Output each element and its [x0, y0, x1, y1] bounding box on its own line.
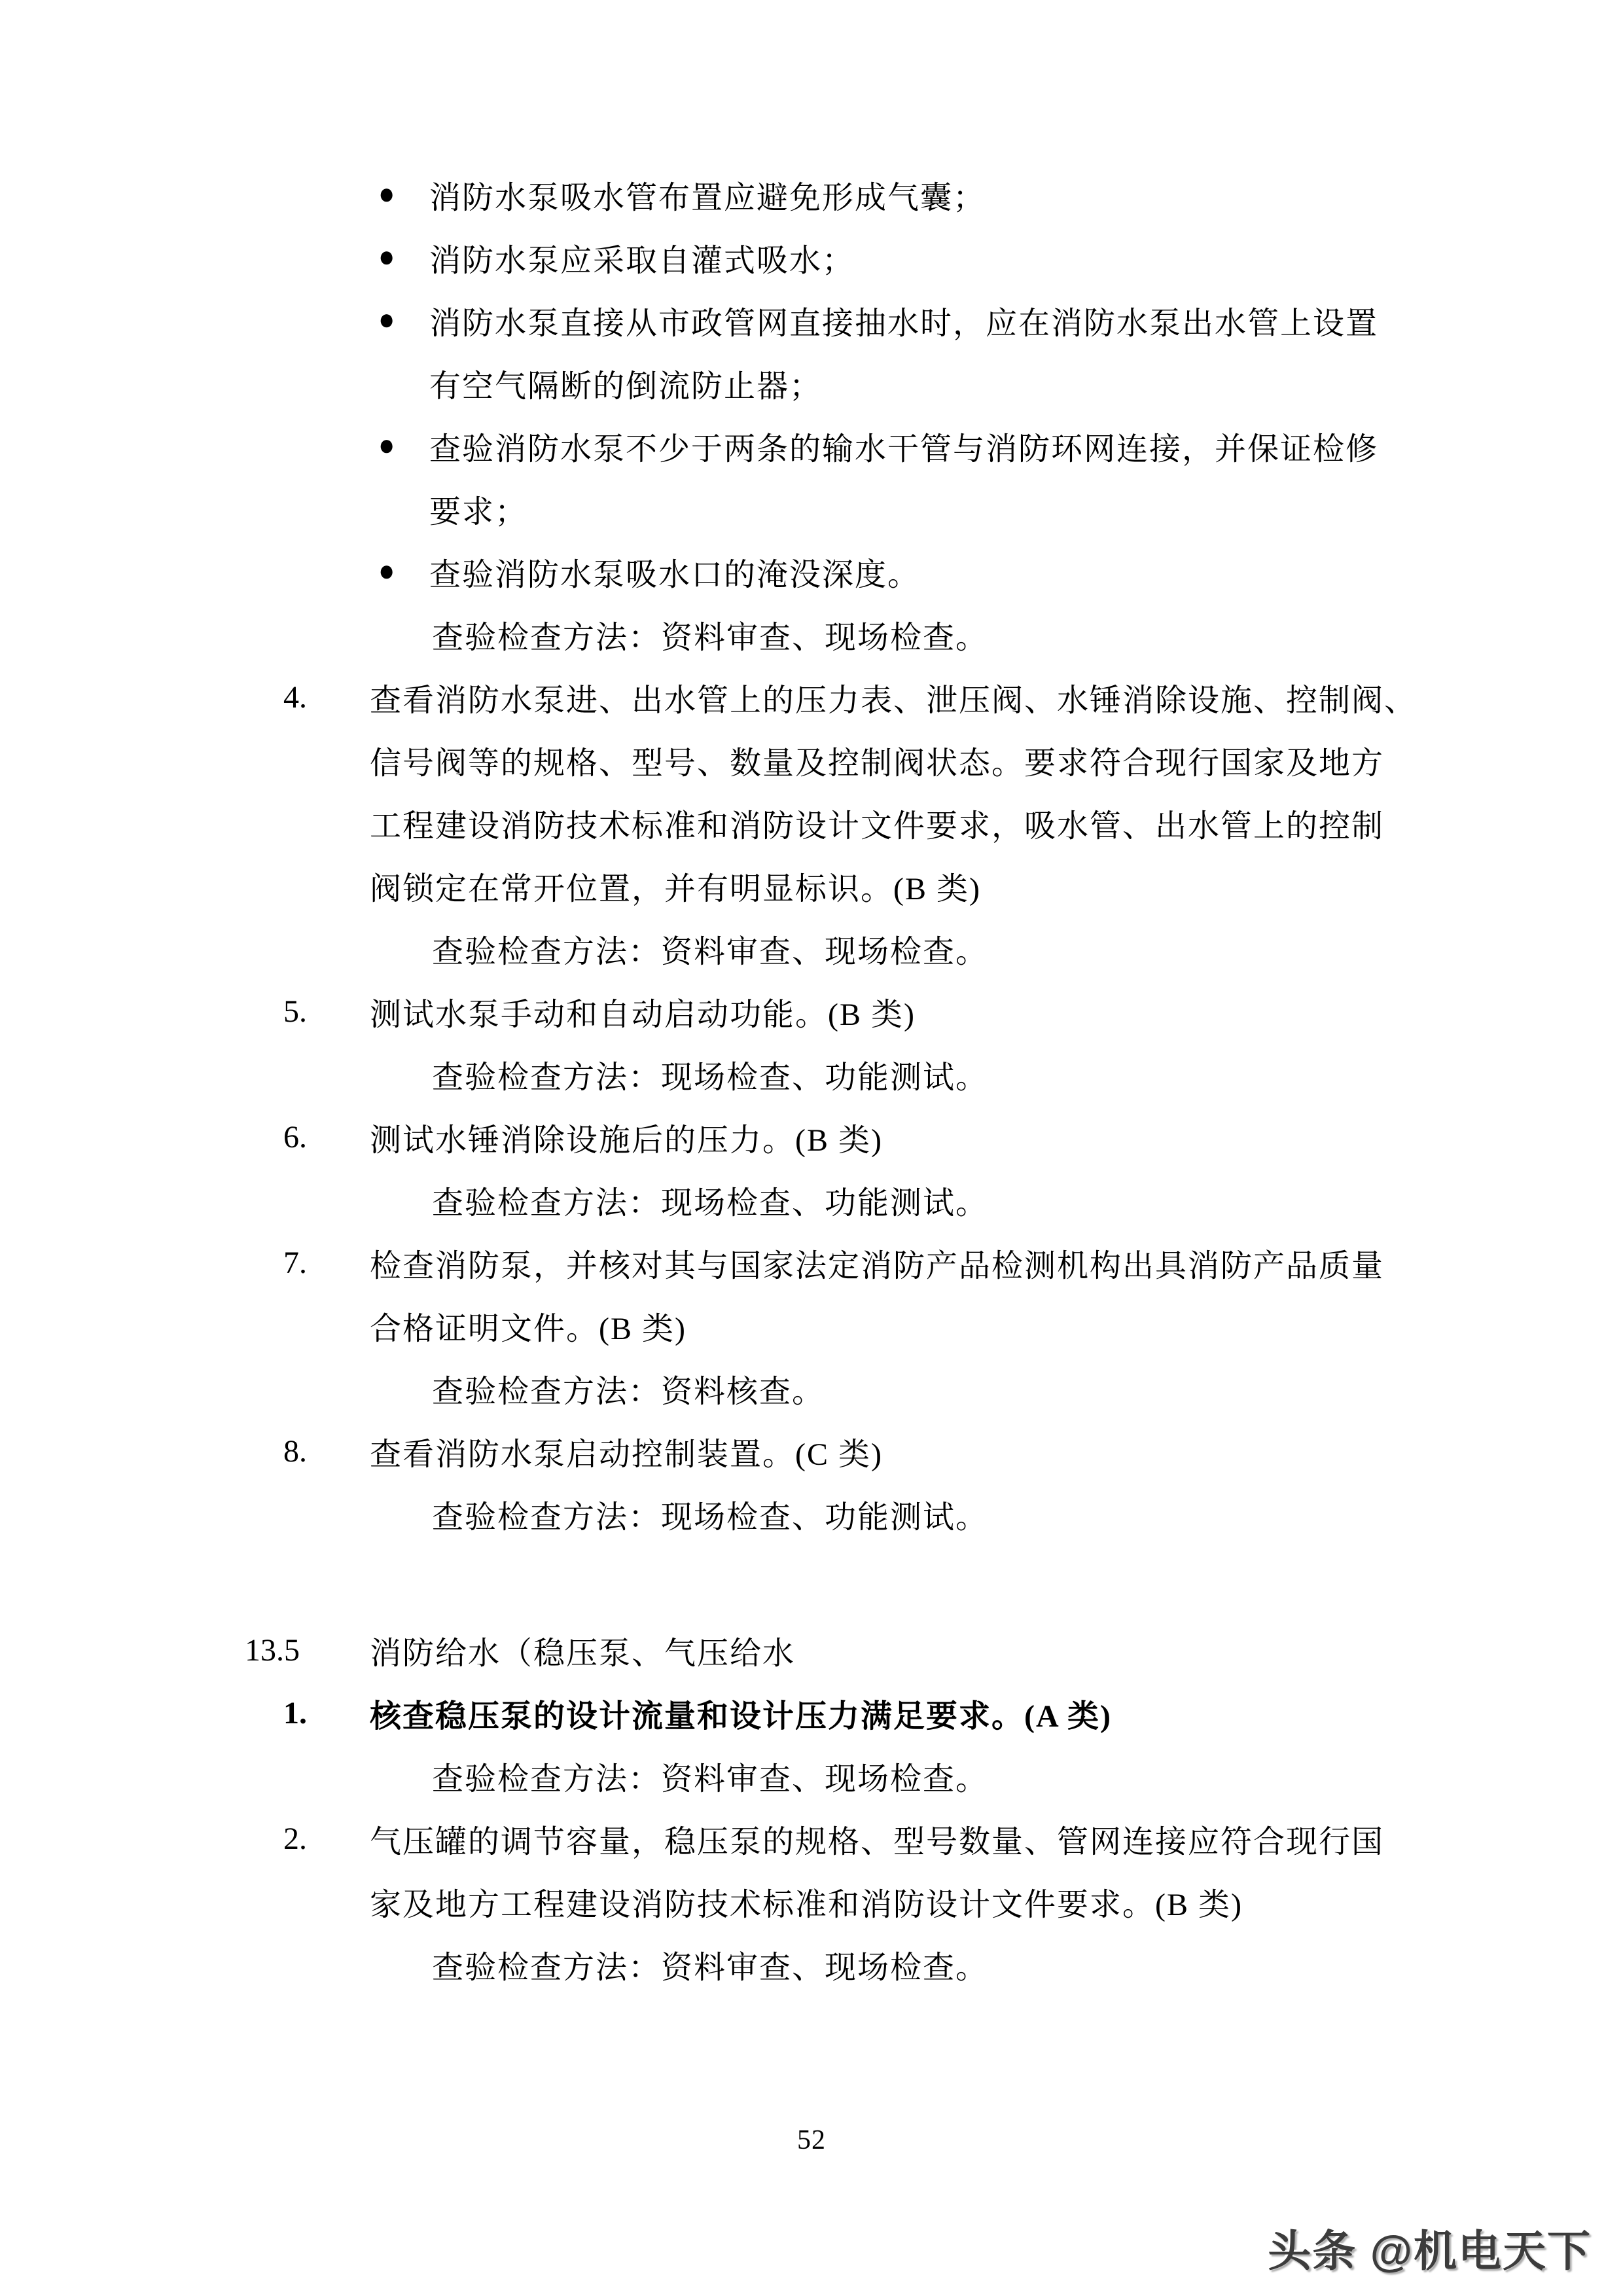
document-page: ● 消防水泵吸水管布置应避免形成气囊； ● 消防水泵应采取自灌式吸水； ● 消防…: [0, 0, 1623, 2296]
item-number: 5.: [283, 994, 370, 1030]
document-body: ● 消防水泵吸水管布置应避免形成气囊； ● 消防水泵应采取自灌式吸水； ● 消防…: [0, 163, 1623, 1996]
bullet-text: 查验消防水泵不少于两条的输水干管与消防环网连接，并保证检修: [429, 423, 1378, 469]
bullet-text: 查验消防水泵吸水口的淹没深度。: [429, 549, 920, 594]
inspection-method-line: 查验检查方法：资料审查、现场检查。: [0, 1933, 1623, 1996]
list-item: 8. 查看消防水泵启动控制装置。(C 类): [0, 1420, 1623, 1482]
inspection-method-line: 查验检查方法：资料审查、现场检查。: [0, 917, 1623, 980]
item-number: 7.: [283, 1245, 370, 1281]
section-heading: 13.5 消防给水（稳压泵、气压给水: [0, 1619, 1623, 1681]
inspection-method-line: 查验检查方法：现场检查、功能测试。: [0, 1168, 1623, 1231]
item-continuation-line: 信号阀等的规格、型号、数量及控制阀状态。要求符合现行国家及地方: [0, 728, 1623, 791]
item-number: 6.: [283, 1119, 370, 1155]
bullet-item: ● 查验消防水泵吸水口的淹没深度。: [0, 540, 1623, 603]
bullet-icon: ●: [378, 177, 429, 212]
inspection-method-line: 查验检查方法：资料审查、现场检查。: [0, 1744, 1623, 1807]
item-number: 1.: [283, 1695, 370, 1731]
bullet-icon: ●: [378, 428, 429, 463]
item-number: 8.: [283, 1433, 370, 1469]
item-continuation-line: 工程建设消防技术标准和消防设计文件要求，吸水管、出水管上的控制: [0, 791, 1623, 854]
inspection-method-line: 查验检查方法：资料核查。: [0, 1357, 1623, 1420]
page-number: 52: [0, 2125, 1623, 2156]
item-text: 检查消防泵，并核对其与国家法定消防产品检测机构出具消防产品质量: [370, 1240, 1384, 1285]
section-title: 消防给水（稳压泵、气压给水: [370, 1628, 795, 1673]
method-text: 查验检查方法：资料审查、现场检查。: [432, 1942, 988, 1987]
bullet-text: 要求；: [429, 486, 527, 531]
item-number: 4.: [283, 679, 370, 715]
item-text: 工程建设消防技术标准和消防设计文件要求，吸水管、出水管上的控制: [370, 800, 1384, 846]
list-item-bold: 1. 核查稳压泵的设计流量和设计压力满足要求。(A 类): [0, 1681, 1623, 1744]
method-text: 查验检查方法：现场检查、功能测试。: [432, 1052, 988, 1097]
item-text: 测试水锤消除设施后的压力。(B 类): [370, 1115, 883, 1160]
item-text: 测试水泵手动和自动启动功能。(B 类): [370, 989, 916, 1034]
item-text: 家及地方工程建设消防技术标准和消防设计文件要求。(B 类): [370, 1879, 1243, 1924]
list-item: 4. 查看消防水泵进、出水管上的压力表、泄压阀、水锤消除设施、控制阀、: [0, 666, 1623, 728]
bullet-text: 消防水泵吸水管布置应避免形成气囊；: [429, 172, 986, 217]
method-text: 查验检查方法：资料审查、现场检查。: [432, 1753, 988, 1799]
method-text: 查验检查方法：资料审查、现场检查。: [432, 926, 988, 971]
inspection-method-line: 查验检查方法：现场检查、功能测试。: [0, 1482, 1623, 1545]
item-number: 2.: [283, 1821, 370, 1857]
bullet-item: ● 消防水泵应采取自灌式吸水；: [0, 226, 1623, 289]
item-text: 阀锁定在常开位置，并有明显标识。(B 类): [370, 863, 981, 908]
bullet-item: ● 查验消防水泵不少于两条的输水干管与消防环网连接，并保证检修: [0, 414, 1623, 477]
bullet-item: ● 消防水泵直接从市政管网直接抽水时，应在消防水泵出水管上设置: [0, 289, 1623, 351]
bullet-text: 消防水泵直接从市政管网直接抽水时，应在消防水泵出水管上设置: [429, 298, 1378, 343]
method-text: 查验检查方法：资料审查、现场检查。: [432, 612, 988, 657]
list-item: 7. 检查消防泵，并核对其与国家法定消防产品检测机构出具消防产品质量: [0, 1231, 1623, 1294]
item-continuation-line: 阀锁定在常开位置，并有明显标识。(B 类): [0, 854, 1623, 917]
item-text: 查看消防水泵进、出水管上的压力表、泄压阀、水锤消除设施、控制阀、: [370, 675, 1417, 720]
method-text: 查验检查方法：资料核查。: [432, 1366, 825, 1411]
list-item: 2. 气压罐的调节容量，稳压泵的规格、型号数量、管网连接应符合现行国: [0, 1807, 1623, 1870]
bullet-continuation-line: 要求；: [0, 477, 1623, 540]
bullet-text: 有空气隔断的倒流防止器；: [429, 361, 822, 406]
list-item: 6. 测试水锤消除设施后的压力。(B 类): [0, 1105, 1623, 1168]
bullet-item: ● 消防水泵吸水管布置应避免形成气囊；: [0, 163, 1623, 226]
bullet-continuation-line: 有空气隔断的倒流防止器；: [0, 351, 1623, 414]
item-continuation-line: 合格证明文件。(B 类): [0, 1294, 1623, 1357]
bullet-icon: ●: [378, 302, 429, 338]
bullet-icon: ●: [378, 240, 429, 275]
method-text: 查验检查方法：现场检查、功能测试。: [432, 1492, 988, 1537]
section-number: 13.5: [245, 1632, 370, 1668]
item-text: 核查稳压泵的设计流量和设计压力满足要求。(A 类): [370, 1691, 1112, 1736]
bullet-text: 消防水泵应采取自灌式吸水；: [429, 235, 855, 280]
inspection-method-line: 查验检查方法：资料审查、现场检查。: [0, 603, 1623, 666]
item-text: 气压罐的调节容量，稳压泵的规格、型号数量、管网连接应符合现行国: [370, 1816, 1384, 1861]
item-text: 查看消防水泵启动控制装置。(C 类): [370, 1429, 883, 1474]
inspection-method-line: 查验检查方法：现场检查、功能测试。: [0, 1043, 1623, 1105]
item-text: 信号阀等的规格、型号、数量及控制阀状态。要求符合现行国家及地方: [370, 738, 1384, 783]
section-gap: [0, 1545, 1623, 1619]
method-text: 查验检查方法：现场检查、功能测试。: [432, 1177, 988, 1223]
list-item: 5. 测试水泵手动和自动启动功能。(B 类): [0, 980, 1623, 1043]
watermark: 头条 @机电天下: [1268, 2216, 1592, 2278]
item-continuation-line: 家及地方工程建设消防技术标准和消防设计文件要求。(B 类): [0, 1870, 1623, 1933]
bullet-icon: ●: [378, 554, 429, 589]
item-text: 合格证明文件。(B 类): [370, 1303, 687, 1348]
